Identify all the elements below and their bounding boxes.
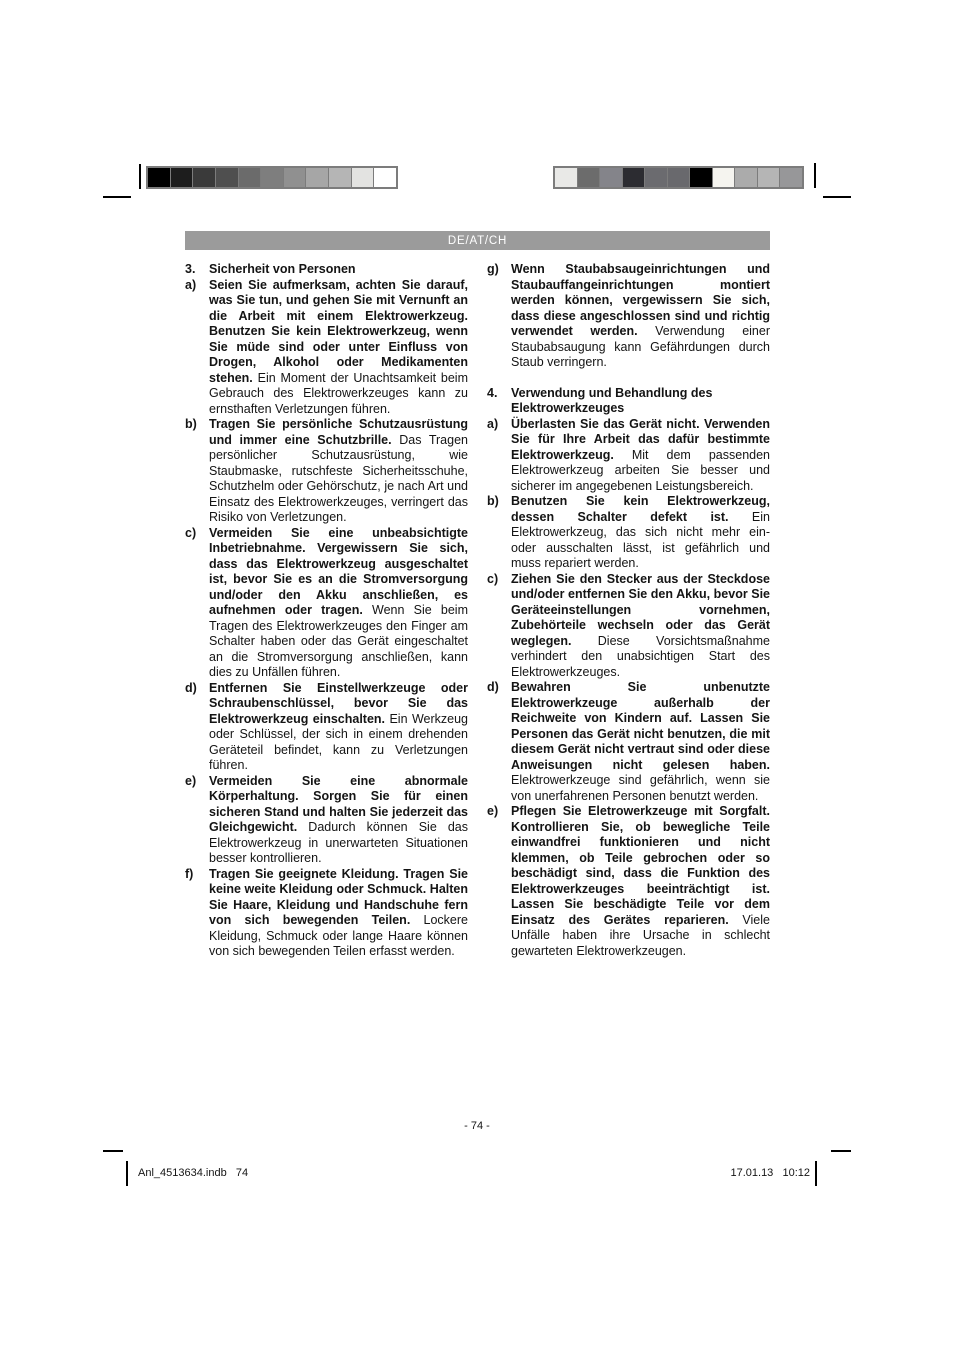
item-text: Pflegen Sie Eletrowerkzeuge mit Sorgfalt… <box>511 804 770 959</box>
item-text: Seien Sie aufmerksam, achten Sie darauf,… <box>209 278 468 418</box>
list-item: c)Ziehen Sie den Stecker aus der Steckdo… <box>487 572 770 681</box>
footer-filename: Anl_4513634.indb 74 <box>138 1167 248 1179</box>
calibration-patch <box>329 168 351 187</box>
column-right: g)Wenn Staubabsaugeinrichtungen und Stau… <box>487 262 770 960</box>
item-text: Verwendung und Behandlung des Elektrower… <box>511 386 770 417</box>
calibration-patch <box>690 168 712 187</box>
calibration-bar-color <box>553 166 804 189</box>
item-marker: f) <box>185 867 209 960</box>
item-text: Ziehen Sie den Stecker aus der Steckdose… <box>511 572 770 681</box>
item-text: Bewahren Sie unbenutzte Elektrowerkzeuge… <box>511 680 770 804</box>
header-bar: DE/AT/CH <box>185 231 770 250</box>
item-marker: a) <box>487 417 511 495</box>
item-marker: b) <box>487 494 511 572</box>
item-marker: 4. <box>487 386 511 417</box>
calibration-patch <box>713 168 735 187</box>
crop-mark <box>815 1161 817 1186</box>
calibration-patch <box>623 168 645 187</box>
item-text: Vermeiden Sie eine abnormale Körperhaltu… <box>209 774 468 867</box>
list-item: b)Tragen Sie persönliche Schutzausrüstun… <box>185 417 468 526</box>
item-marker: d) <box>487 680 511 804</box>
region-label: DE/AT/CH <box>448 235 507 247</box>
calibration-patch <box>645 168 667 187</box>
calibration-patch <box>352 168 374 187</box>
calibration-patch <box>261 168 283 187</box>
list-item: d)Bewahren Sie unbenutzte Elektrowerkzeu… <box>487 680 770 804</box>
section-heading: 4.Verwendung und Behandlung des Elektrow… <box>487 386 770 417</box>
item-marker: g) <box>487 262 511 371</box>
content-area: 3.Sicherheit von Personena)Seien Sie auf… <box>185 262 770 960</box>
item-marker: 3. <box>185 262 209 278</box>
item-text: Benutzen Sie kein Elektrowerkzeug, desse… <box>511 494 770 572</box>
calibration-patch <box>780 168 802 187</box>
crop-mark <box>103 196 131 198</box>
item-text: Vermeiden Sie eine unbeabsichtigte Inbet… <box>209 526 468 681</box>
list-item: g)Wenn Staubabsaugeinrichtungen und Stau… <box>487 262 770 371</box>
calibration-patch <box>193 168 215 187</box>
crop-mark <box>139 164 141 189</box>
calibration-patch <box>758 168 780 187</box>
crop-mark <box>814 163 816 188</box>
calibration-patch <box>148 168 170 187</box>
item-marker: e) <box>185 774 209 867</box>
item-text: Überlasten Sie das Gerät nicht. Verwende… <box>511 417 770 495</box>
list-item: d)Entfernen Sie Einstellwerkzeuge oder S… <box>185 681 468 774</box>
list-item: c)Vermeiden Sie eine unbeabsichtigte Inb… <box>185 526 468 681</box>
calibration-bar-grayscale <box>146 166 398 189</box>
page-number: - 74 - <box>0 1120 954 1132</box>
calibration-patch <box>735 168 757 187</box>
calibration-patch <box>555 168 577 187</box>
crop-mark <box>823 196 851 198</box>
section-heading: 3.Sicherheit von Personen <box>185 262 468 278</box>
footer-timestamp: 17.01.13 10:12 <box>730 1167 810 1179</box>
calibration-patch <box>216 168 238 187</box>
manual-page: DE/AT/CH 3.Sicherheit von Personena)Seie… <box>0 0 954 1351</box>
item-marker: c) <box>487 572 511 681</box>
calibration-patch <box>578 168 600 187</box>
crop-mark <box>831 1150 851 1152</box>
item-text: Wenn Staubabsaugeinrichtungen und Stauba… <box>511 262 770 371</box>
list-item: f)Tragen Sie geeignete Kleidung. Tragen … <box>185 867 468 960</box>
calibration-patch <box>171 168 193 187</box>
calibration-patch <box>374 168 396 187</box>
calibration-patch <box>239 168 261 187</box>
calibration-patch <box>668 168 690 187</box>
item-text: Sicherheit von Personen <box>209 262 468 278</box>
item-text: Tragen Sie persönliche Schutzausrüstung … <box>209 417 468 526</box>
list-item: e)Vermeiden Sie eine abnormale Körperhal… <box>185 774 468 867</box>
crop-mark <box>126 1161 128 1186</box>
item-marker: d) <box>185 681 209 774</box>
calibration-patch <box>600 168 622 187</box>
crop-mark <box>103 1150 123 1152</box>
calibration-patch <box>284 168 306 187</box>
item-marker: c) <box>185 526 209 681</box>
column-left: 3.Sicherheit von Personena)Seien Sie auf… <box>185 262 468 960</box>
item-text: Entfernen Sie Einstellwerkzeuge oder Sch… <box>209 681 468 774</box>
item-marker: a) <box>185 278 209 418</box>
item-marker: b) <box>185 417 209 526</box>
list-item: a)Seien Sie aufmerksam, achten Sie darau… <box>185 278 468 418</box>
list-item: a)Überlasten Sie das Gerät nicht. Verwen… <box>487 417 770 495</box>
item-marker: e) <box>487 804 511 959</box>
item-text: Tragen Sie geeignete Kleidung. Tragen Si… <box>209 867 468 960</box>
list-item: e)Pflegen Sie Eletrowerkzeuge mit Sorgfa… <box>487 804 770 959</box>
list-item: b)Benutzen Sie kein Elektrowerkzeug, des… <box>487 494 770 572</box>
calibration-patch <box>306 168 328 187</box>
